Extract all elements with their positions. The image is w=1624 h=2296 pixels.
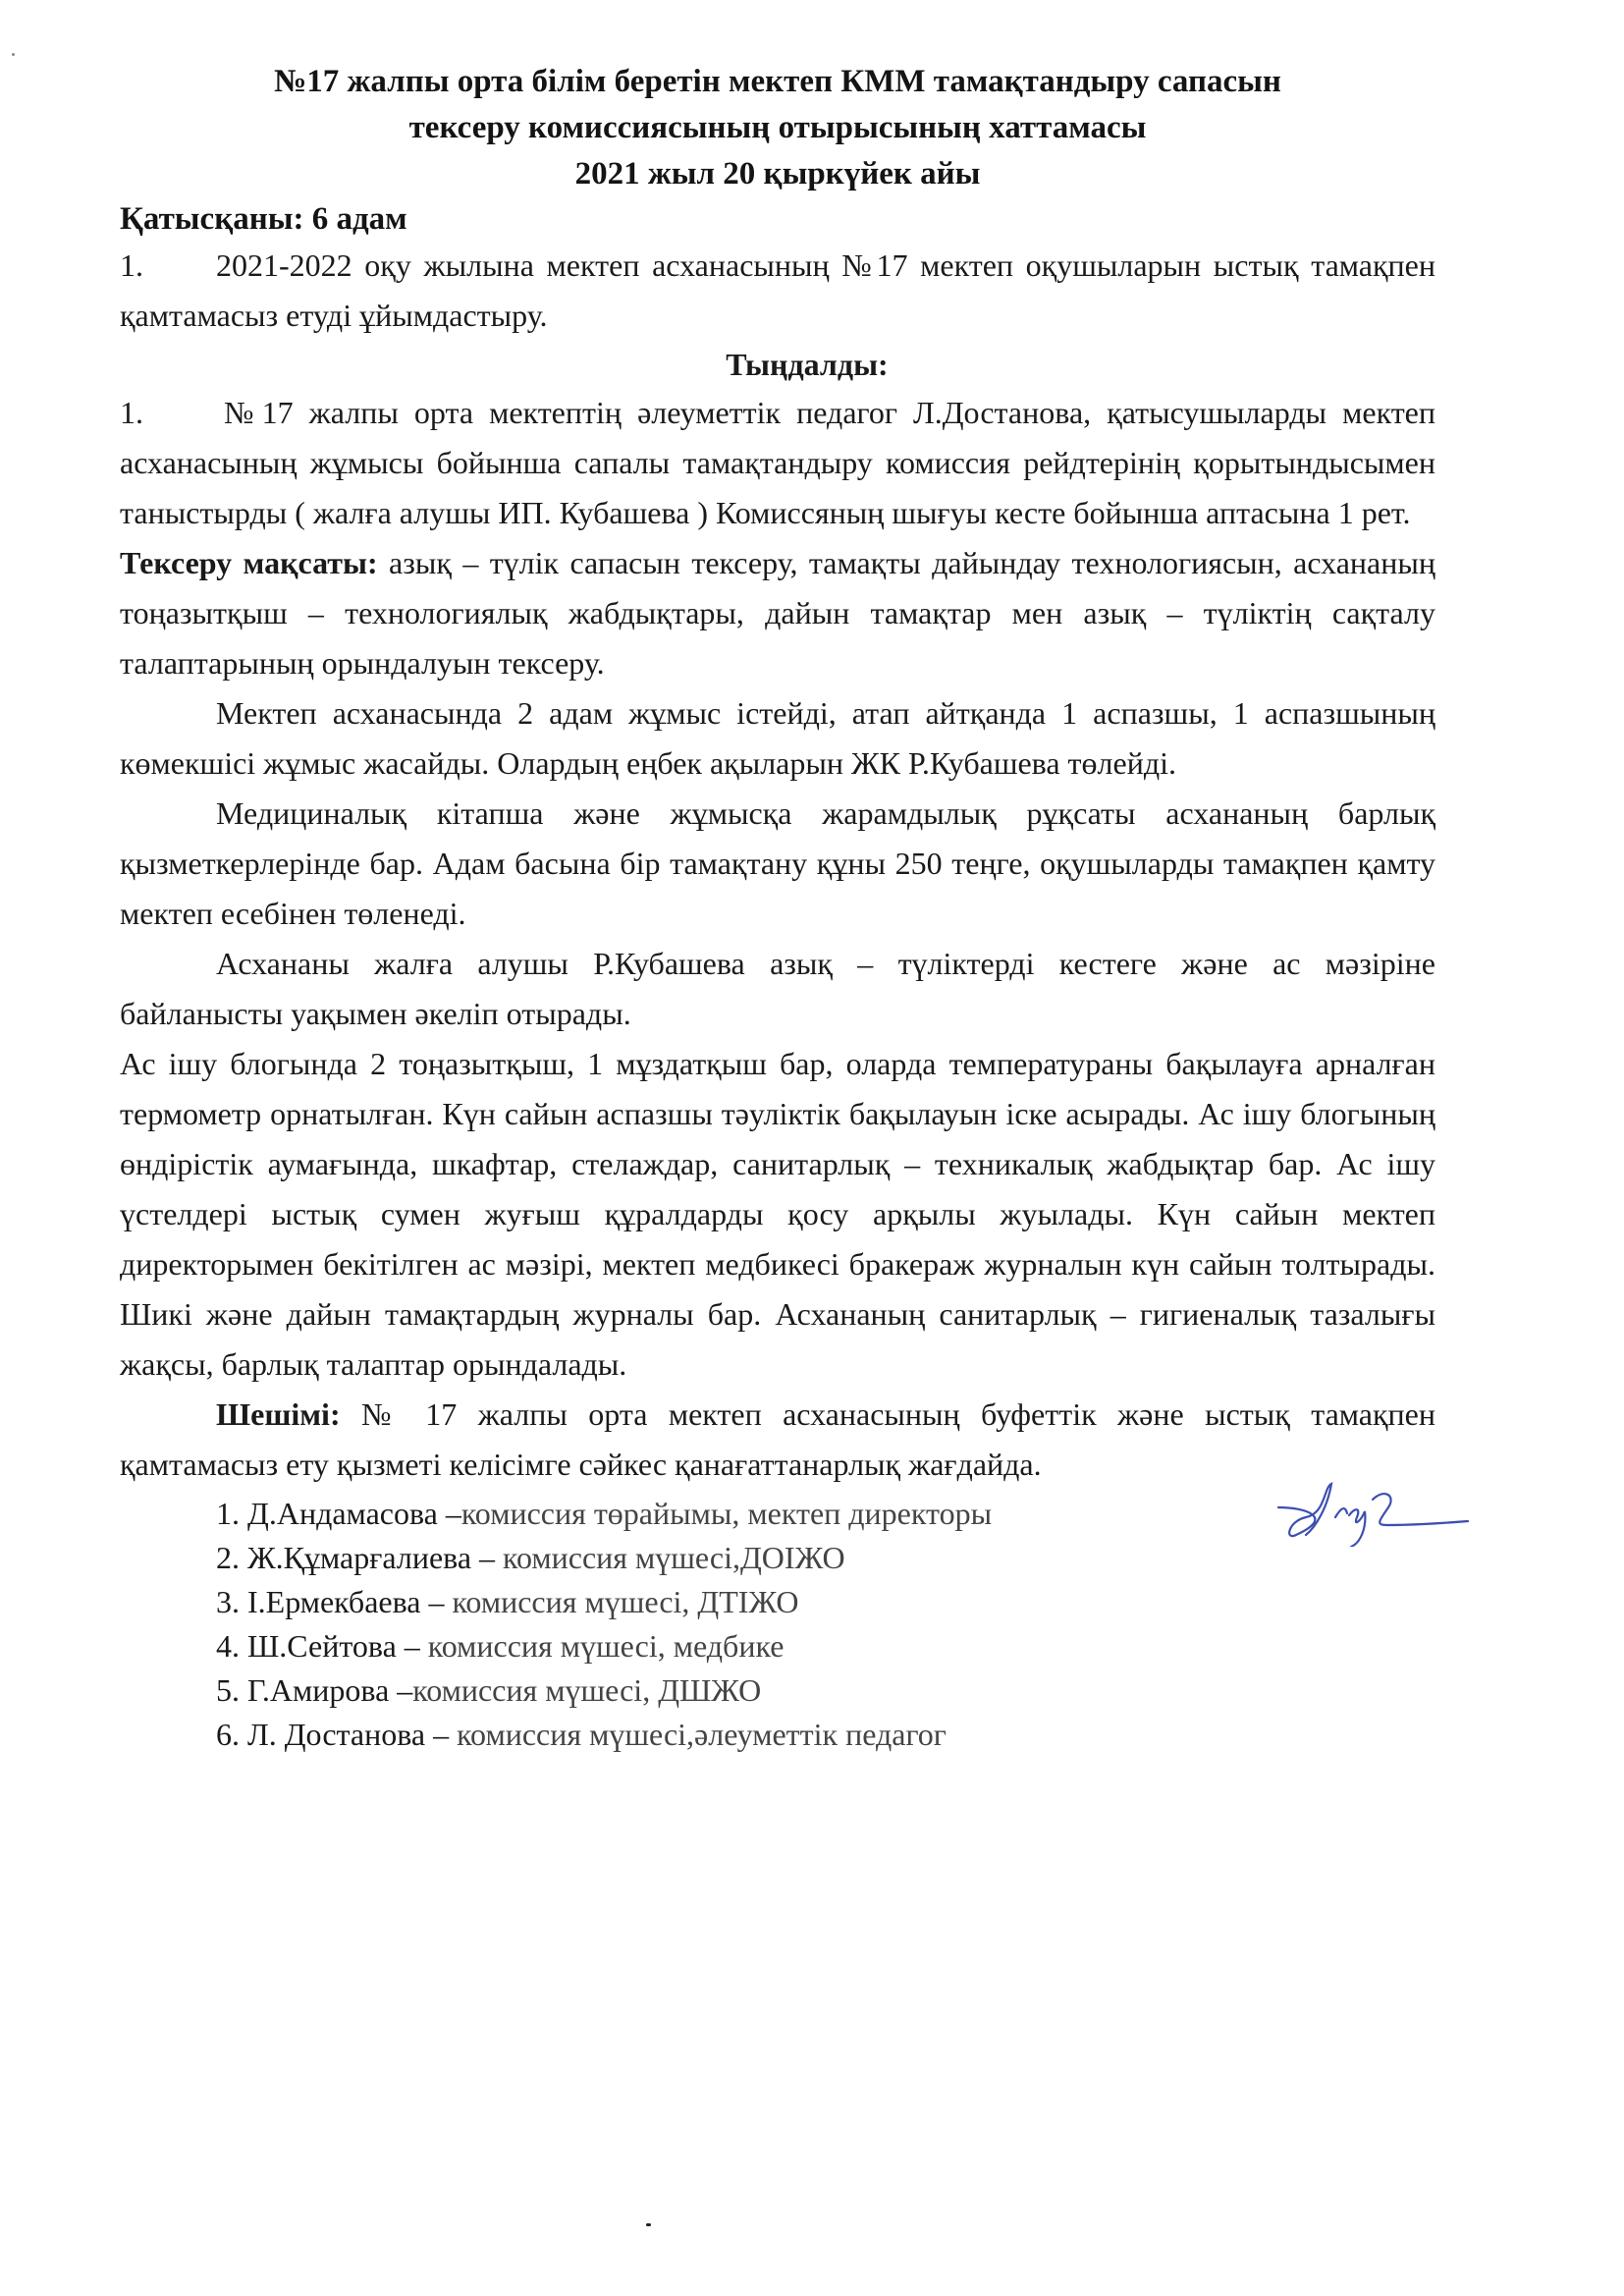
staff-paragraph: Мектеп асханасында 2 адам жұмыс істейді,… xyxy=(120,688,1435,789)
title-line-1: №17 жалпы орта білім беретін мектеп КММ … xyxy=(120,59,1435,105)
agenda-number: 1. xyxy=(120,241,216,291)
supplier-paragraph: Асхананы жалға алушы Р.Кубашева азық – т… xyxy=(120,939,1435,1039)
agenda-text: 2021-2022 оқу жылына мектеп асханасының … xyxy=(120,247,1435,333)
member-role: комиссия төрайымы, мектеп директоры xyxy=(461,1496,992,1531)
member-role: комиссия мүшесі,ДОІЖО xyxy=(503,1540,845,1575)
member-item: 1. Д.Андамасова –комиссия төрайымы, мект… xyxy=(216,1492,1435,1536)
heard-heading: Тыңдалды: xyxy=(120,341,1435,388)
decision-paragraph: Шешімі: № 17 жалпы орта мектеп асханасын… xyxy=(120,1390,1435,1490)
purpose-label: Тексеру мақсаты: xyxy=(120,545,378,580)
member-name: 6. Л. Достанова – xyxy=(216,1717,457,1752)
member-item: 3. І.Ермекбаева – комиссия мүшесі, ДТІЖО xyxy=(216,1580,1435,1624)
heard-item: 1.№17 жалпы орта мектептің әлеуметтік пе… xyxy=(120,388,1435,538)
member-item: 4. Ш.Сейтова – комиссия мүшесі, медбике xyxy=(216,1624,1435,1668)
canteen-equipment-paragraph: Ас ішу блогында 2 тоңазытқыш, 1 мұздатқы… xyxy=(120,1039,1435,1390)
member-role: комиссия мүшесі, медбике xyxy=(428,1628,785,1664)
commission-members-list: 1. Д.Андамасова –комиссия төрайымы, мект… xyxy=(120,1492,1435,1757)
scan-artifact xyxy=(12,53,15,56)
member-name: 2. Ж.Құмарғалиева – xyxy=(216,1540,503,1575)
medical-paragraph: Медициналық кітапша және жұмысқа жарамды… xyxy=(120,789,1435,939)
member-role: комиссия мүшесі,әлеуметтік педагог xyxy=(457,1717,947,1752)
inspection-purpose: Тексеру мақсаты: азық – түлік сапасын те… xyxy=(120,538,1435,688)
protocol-page: №17 жалпы орта білім беретін мектеп КММ … xyxy=(120,59,1435,1757)
member-name: 3. І.Ермекбаева – xyxy=(216,1584,453,1619)
scan-artifact xyxy=(646,2223,651,2226)
member-name: 5. Г.Амирова – xyxy=(216,1672,412,1708)
document-title: №17 жалпы орта білім беретін мектеп КММ … xyxy=(120,59,1435,197)
title-line-2: тексеру комиссиясының отырысының хаттама… xyxy=(120,105,1435,151)
meeting-date: 2021 жыл 20 қыркүйек айы xyxy=(120,151,1435,197)
attendance-count: Қатысқаны: 6 адам xyxy=(120,197,1435,241)
member-item: 6. Л. Достанова – комиссия мүшесі,әлеуме… xyxy=(216,1713,1435,1757)
member-name: 4. Ш.Сейтова – xyxy=(216,1628,428,1664)
heard-number: 1. xyxy=(120,388,216,438)
member-role: комиссия мүшесі, ДТІЖО xyxy=(453,1584,799,1619)
heard-text: №17 жалпы орта мектептің әлеуметтік педа… xyxy=(120,395,1435,530)
member-item: 2. Ж.Құмарғалиева – комиссия мүшесі,ДОІЖ… xyxy=(216,1536,1435,1580)
member-role: комиссия мүшесі, ДШЖО xyxy=(412,1672,761,1708)
member-item: 5. Г.Амирова –комиссия мүшесі, ДШЖО xyxy=(216,1668,1435,1713)
member-name: 1. Д.Андамасова – xyxy=(216,1496,461,1531)
decision-label: Шешімі: xyxy=(216,1396,341,1432)
agenda-item: 1.2021-2022 оқу жылына мектеп асханасыны… xyxy=(120,241,1435,341)
